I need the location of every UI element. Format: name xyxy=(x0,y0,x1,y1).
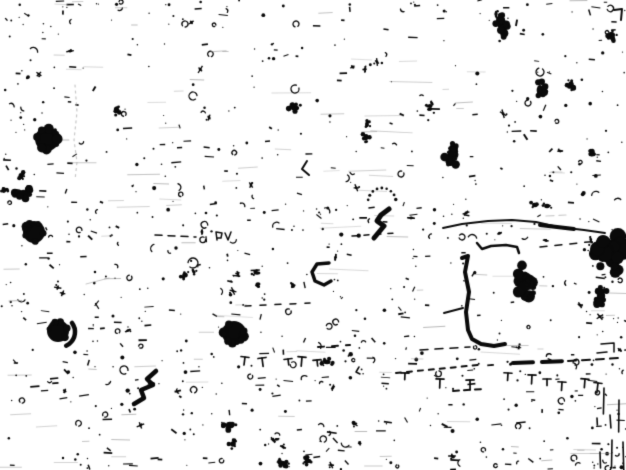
grunge-texture-image xyxy=(0,0,626,470)
grunge-texture-canvas xyxy=(0,0,626,470)
